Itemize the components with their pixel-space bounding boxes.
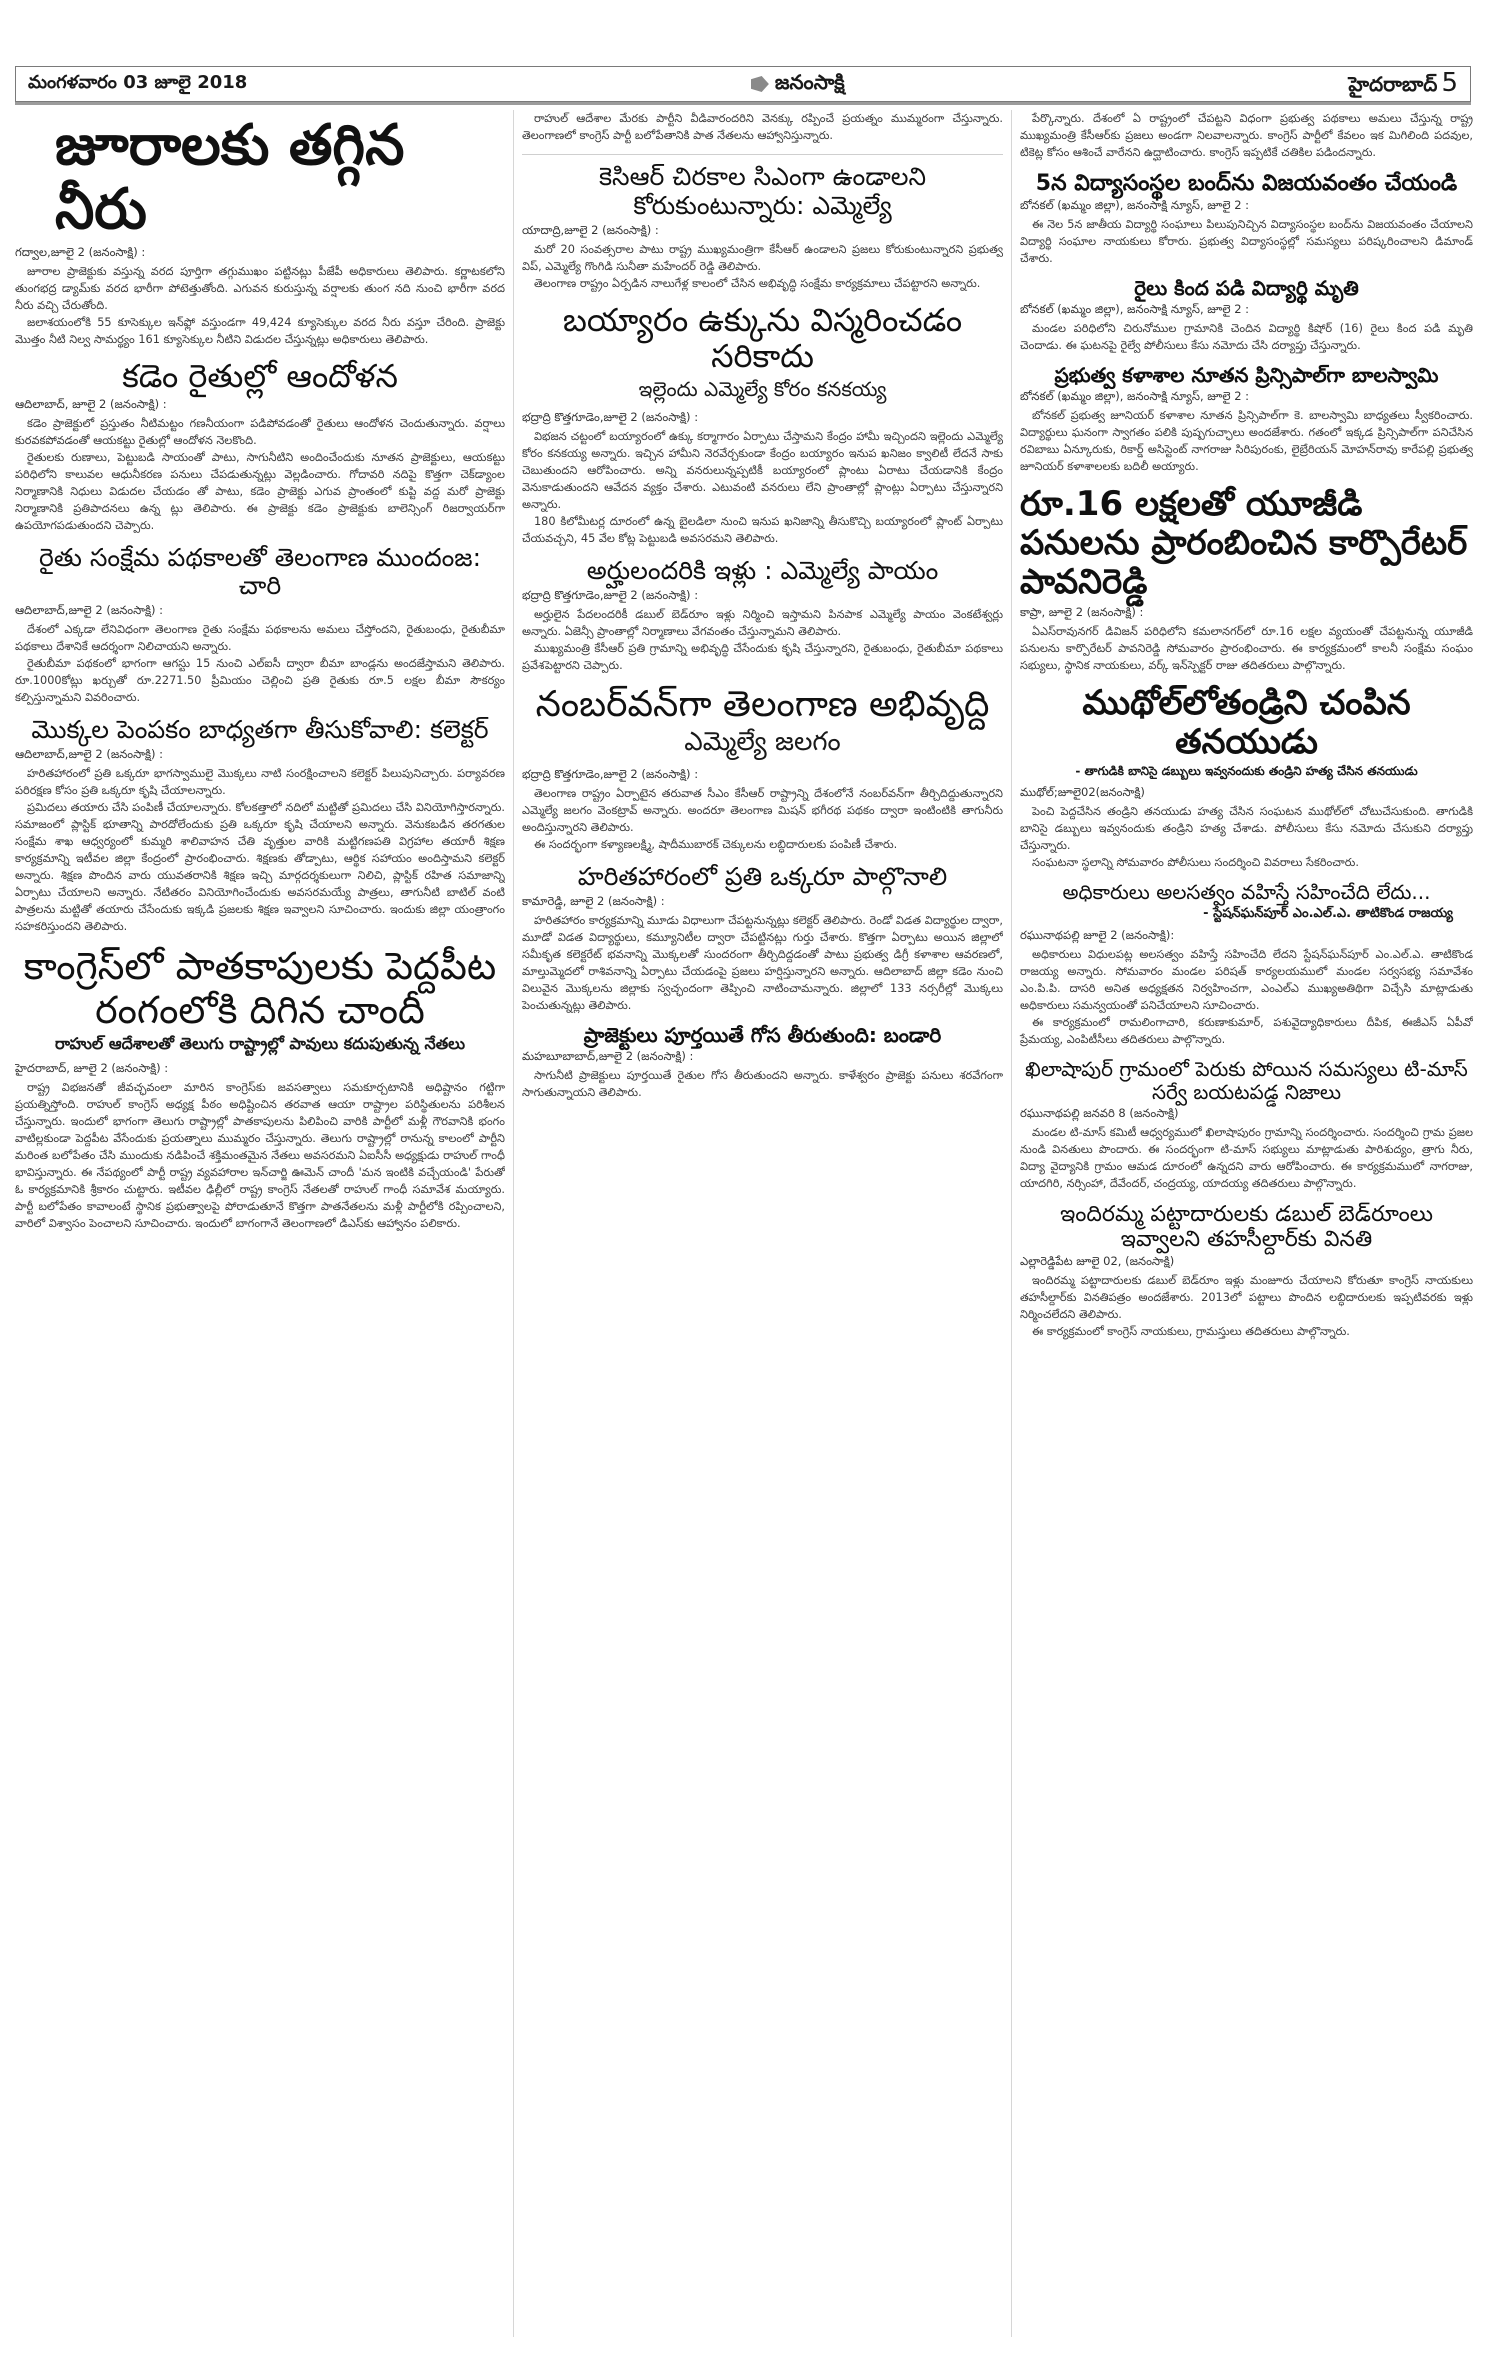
article-body: విభజన చట్టంలో బయ్యారంలో ఉక్కు కర్మాగారం … bbox=[522, 428, 1003, 513]
masthead: మంగళవారం 03 జూలై 2018 జనంసాక్షి హైదరాబాద… bbox=[15, 66, 1471, 102]
headline: రూ.16 లక్షలతో యూజీడి పనులను ప్రారంబించిన… bbox=[1020, 485, 1473, 602]
dateline: బోనకల్ (ఖమ్మం జిల్లా), జనంసాక్షి న్యూస్,… bbox=[1020, 198, 1473, 215]
article-congress: కాంగ్రెస్‌లో పాతకాపులకు పెద్దపీట రంగంలోక… bbox=[15, 945, 505, 1232]
headline: రైతు సంక్షేమ పథకాలతో తెలంగాణ ముందంజ: చార… bbox=[15, 544, 505, 602]
headline: నంబర్‌వన్‌గా తెలంగాణ అభివృద్ది bbox=[522, 684, 1003, 725]
article-body: ఈ నెల 5న జాతీయ విద్యార్థి సంఘాలు పిలుపున… bbox=[1020, 216, 1473, 267]
subheadline: రాహుల్ ఆదేశాలతో తెలుగు రాష్ట్రాల్లో పావు… bbox=[15, 1034, 505, 1057]
article-ugd-works: రూ.16 లక్షలతో యూజీడి పనులను ప్రారంబించిన… bbox=[1020, 485, 1473, 673]
dateline: యాదాద్రి,జూలై 2 (జనంసాక్షి) : bbox=[522, 223, 1003, 240]
headline: కెసిఆర్ చిరకాల సిఎంగా ఉండాలని కోరుకుంటున… bbox=[522, 163, 1003, 221]
article-officials-warning: అధికారులు అలసత్వం వహిస్తే సహించేది లేదు.… bbox=[1020, 881, 1473, 1048]
headline: అర్హులందరికి ఇళ్లు : ఎమ్మెల్యే పాయం bbox=[522, 557, 1003, 586]
brand: జనంసాక్షి bbox=[751, 70, 845, 99]
article-body: హరితహారం కార్యక్రమాన్ని మూడు విధాలుగా చే… bbox=[522, 912, 1003, 1014]
article-body: తెలంగాణ రాష్ట్రం ఏర్పాటైన తరువాత సీఎం కే… bbox=[522, 785, 1003, 836]
dateline: మహబూబాబాద్,జూలై 2 (జనంసాక్షి) : bbox=[522, 1049, 1003, 1066]
dateline: కాప్రా, జూలై 2 (జనంసాక్షి) : bbox=[1020, 605, 1473, 622]
article-body: హరితహారంలో ప్రతి ఒక్కరూ భాగస్వాములై మొక్… bbox=[15, 765, 505, 799]
article-body: ప్రమిదలు తయారు చేసి పంపిణీ చేయాలన్నారు. … bbox=[15, 799, 505, 935]
edition-name: హైదరాబాద్ bbox=[1348, 72, 1437, 96]
article-indiramma: ఇందిరమ్మ పట్టాదారులకు డబుల్ బెడ్‌రూంలు ఇ… bbox=[1020, 1202, 1473, 1341]
article-railway-death: రైలు కింద పడి విద్యార్థి మృతి బోనకల్ (ఖమ… bbox=[1020, 277, 1473, 354]
article-numberone: నంబర్‌వన్‌గా తెలంగాణ అభివృద్ది ఎమ్మెల్యే… bbox=[522, 684, 1003, 853]
article-body: పేర్కొన్నారు. దేశంలో ఏ రాష్ట్రంలో చేపట్ట… bbox=[1020, 110, 1473, 161]
article-body: ఇందిరమ్మ పట్టాదారులకు డబుల్ బెడ్‌రూం ఇళ్… bbox=[1020, 1272, 1473, 1323]
telangana-map-icon bbox=[751, 76, 769, 92]
article-body: ఈ కార్యక్రమంలో రామలింగాచారి, కరుణాకుమార్… bbox=[1020, 1014, 1473, 1048]
headline: ప్రభుత్వ కళాశాల నూతన ప్రిన్సిపాల్‌గా బాల… bbox=[1020, 364, 1473, 387]
article-body: మరో 20 సంవత్సరాల పాటు రాష్ట్ర ముఖ్యమంత్ర… bbox=[522, 241, 1003, 275]
article-body: పెంచి పెద్దచేసిన తండ్రిని తనయుడు హత్య చే… bbox=[1020, 803, 1473, 854]
article-body: జూరాల ప్రాజెక్టుకు వస్తున్న వరద పూర్తిగా… bbox=[15, 263, 505, 314]
dateline: భద్రాద్రి కొత్తగూడెం,జూలై 2 (జనంసాక్షి) … bbox=[522, 588, 1003, 605]
subheadline: - తాగుడికి బానిసై డబ్బులు ఇవ్వనందుకు తండ… bbox=[1020, 764, 1473, 781]
article-body: మండల టి-మాస్ కమిటీ ఆధ్వర్యములో ఖిలాషాపుర… bbox=[1020, 1124, 1473, 1192]
article-mokkala-pempakam: మొక్కల పెంపకం బాధ్యతగా తీసుకోవాలి: కలెక్… bbox=[15, 716, 505, 935]
article-body: ముఖ్యమంత్రి కేసీఆర్ ప్రతి గ్రామాన్ని అభి… bbox=[522, 640, 1003, 674]
dateline: బోనకల్ (ఖమ్మం జిల్లా), జనంసాక్షి న్యూస్,… bbox=[1020, 389, 1473, 406]
headline: కడెం రైతుల్లో ఆందోళన bbox=[15, 358, 505, 395]
article-jurala: జూరాలకు తగ్గిన నీరు గద్వాల,జూలై 2 (జనంసా… bbox=[15, 114, 505, 348]
headline: ప్రాజెక్టులు పూర్తయితే గోస తీరుతుంది: బం… bbox=[522, 1024, 1003, 1047]
article-mudhol: ముథోల్‌లోతండ్రిని చంపిన తనయుడు - తాగుడిక… bbox=[1020, 684, 1473, 871]
column-1: జూరాలకు తగ్గిన నీరు గద్వాల,జూలై 2 (జనంసా… bbox=[15, 110, 505, 2337]
article-body: సాగునీటి ప్రాజెక్టులు పూర్తయితే రైతుల గో… bbox=[522, 1067, 1003, 1101]
headline: ముథోల్‌లోతండ్రిని చంపిన తనయుడు bbox=[1020, 684, 1473, 762]
article-body: రాష్ట్ర విభజనతో జీవచ్ఛవంలా మారిన కాంగ్రె… bbox=[15, 1079, 505, 1232]
subheadline: ఎమ్మెల్యే జలగం bbox=[522, 727, 1003, 763]
article-body: ఏఎస్‌రావునగర్ డివిజన్ పరిధిలోని కమలానగర్… bbox=[1020, 623, 1473, 674]
headline: అధికారులు అలసత్వం వహిస్తే సహించేది లేదు.… bbox=[1020, 881, 1473, 904]
dateline: రఘునాథపల్లి జనవరి 8 (జనంసాక్షి) bbox=[1020, 1106, 1473, 1123]
article-body: తెలంగాణ రాష్ట్రం ఏర్పడిన నాలుగేళ్ల కాలంల… bbox=[522, 275, 1003, 292]
article-body: 180 కిలోమీటర్ల దూరంలో ఉన్న బైలడిలా నుంచి… bbox=[522, 513, 1003, 547]
dateline: రఘునాథపల్లి జూలై 2 (జనంసాక్షి): bbox=[1020, 928, 1473, 945]
brand-name: జనంసాక్షి bbox=[775, 70, 845, 99]
column-3: పేర్కొన్నారు. దేశంలో ఏ రాష్ట్రంలో చేపట్ట… bbox=[1011, 110, 1473, 2337]
article-body: అర్హులైన పేదలందరికీ డబుల్ బెడ్‌రూం ఇళ్లు… bbox=[522, 606, 1003, 640]
dateline: బోనకల్ (ఖమ్మం జిల్లా), జనంసాక్షి న్యూస్,… bbox=[1020, 302, 1473, 319]
edition: హైదరాబాద్5 bbox=[1348, 68, 1458, 101]
dateline: భద్రాద్రి కొత్తగూడెం,జూలై 2 (జనంసాక్షి) … bbox=[522, 767, 1003, 784]
masthead-divider bbox=[15, 102, 1471, 105]
article-body: మండల పరిధిలోని చిరునోముల గ్రామానికి చెంద… bbox=[1020, 320, 1473, 354]
subheadline: - స్టేషన్‌ఘన్‌పూర్ ఎం.ఎల్.ఎ. తాటికొండ రా… bbox=[1020, 906, 1473, 924]
article-body: దేశంలో ఎక్కడా లేనివిధంగా తెలంగాణ రైతు సం… bbox=[15, 621, 505, 655]
headline: బయ్యారం ఉక్కును విస్మరించడం సరికాదు bbox=[522, 302, 1003, 376]
dateline: ఆదిలాబాద్, జూలై 2 (జనంసాక్షి) : bbox=[15, 397, 505, 414]
article-harithaharam: హరితహారంలో ప్రతి ఒక్కరూ పాల్గొనాలి కామార… bbox=[522, 863, 1003, 1014]
article-body: సంఘటనా స్థలాన్ని సోమవారం పోలీసులు సందర్శ… bbox=[1020, 854, 1473, 871]
article-continued: రాహుల్ ఆదేశాల మేరకు పార్టీని వీడివారందరి… bbox=[522, 110, 1003, 144]
article-body: ఈ సందర్భంగా కళ్యాణలక్ష్మి, షాదీముబారక్ చ… bbox=[522, 836, 1003, 853]
article-arhulandariki: అర్హులందరికి ఇళ్లు : ఎమ్మెల్యే పాయం భద్ర… bbox=[522, 557, 1003, 674]
headline: హరితహారంలో ప్రతి ఒక్కరూ పాల్గొనాలి bbox=[522, 863, 1003, 892]
article-kadem: కడెం రైతుల్లో ఆందోళన ఆదిలాబాద్, జూలై 2 (… bbox=[15, 358, 505, 534]
headline: ఖిలాషాపుర్ గ్రామంలో పెరుకు పోయిన సమస్యలు… bbox=[1020, 1058, 1473, 1104]
headline: ఇందిరమ్మ పట్టాదారులకు డబుల్ బెడ్‌రూంలు ఇ… bbox=[1020, 1202, 1473, 1253]
article-principal: ప్రభుత్వ కళాశాల నూతన ప్రిన్సిపాల్‌గా బాల… bbox=[1020, 364, 1473, 475]
subheadline: ఇల్లెందు ఎమ్మెల్యే కోరం కనకయ్య bbox=[522, 377, 1003, 406]
issue-date: మంగళవారం 03 జూలై 2018 bbox=[28, 72, 247, 97]
headline: కాంగ్రెస్‌లో పాతకాపులకు పెద్దపీట రంగంలోక… bbox=[15, 945, 505, 1032]
article-projects: ప్రాజెక్టులు పూర్తయితే గోస తీరుతుంది: బం… bbox=[522, 1024, 1003, 1101]
article-body: బోనకల్ ప్రభుత్వ జూనియర్ కళాశాల నూతన ప్రి… bbox=[1020, 407, 1473, 475]
dateline: గద్వాల,జూలై 2 (జనంసాక్షి) : bbox=[15, 245, 505, 262]
article-rythu-sankshema: రైతు సంక్షేమ పథకాలతో తెలంగాణ ముందంజ: చార… bbox=[15, 544, 505, 707]
article-body: రైతులకు రుణాలు, పెట్టుబడి సాయంతో పాటు, స… bbox=[15, 449, 505, 534]
article-body: ఈ కార్యక్రమంలో కాంగ్రెస్ నాయకులు, గ్రామస… bbox=[1020, 1323, 1473, 1340]
headline: మొక్కల పెంపకం బాధ్యతగా తీసుకోవాలి: కలెక్… bbox=[15, 716, 505, 745]
dateline: కామారెడ్డి, జూలై 2 (జనంసాక్షి) : bbox=[522, 894, 1003, 911]
headline: 5న విద్యాసంస్థల బంద్‌ను విజయవంతం చేయండి bbox=[1020, 171, 1473, 196]
dateline: ఎల్లారెడ్డిపేట జూలై 02, (జనంసాక్షి) bbox=[1020, 1254, 1473, 1271]
headline: రైలు కింద పడి విద్యార్థి మృతి bbox=[1020, 277, 1473, 300]
article-body: జలాశయంలోకి 55 కూసెక్కుల ఇన్‌ఫ్లో వస్తుండ… bbox=[15, 314, 505, 348]
article-body: అధికారులు విధులపట్ల అలసత్వం వహిస్తే సహిం… bbox=[1020, 946, 1473, 1014]
headline: జూరాలకు తగ్గిన నీరు bbox=[15, 114, 505, 243]
article-kcr-cm: కెసిఆర్ చిరకాల సిఎంగా ఉండాలని కోరుకుంటున… bbox=[522, 163, 1003, 292]
article-bayyaram: బయ్యారం ఉక్కును విస్మరించడం సరికాదు ఇల్ల… bbox=[522, 302, 1003, 548]
divider bbox=[522, 154, 1003, 155]
article-body: రైతుబీమా పథకంలో భాగంగా ఆగస్టు 15 నుంచి ఎ… bbox=[15, 655, 505, 706]
column-2: రాహుల్ ఆదేశాల మేరకు పార్టీని వీడివారందరి… bbox=[513, 110, 1003, 2337]
article-continued: పేర్కొన్నారు. దేశంలో ఏ రాష్ట్రంలో చేపట్ట… bbox=[1020, 110, 1473, 161]
article-body: కడెం ప్రాజెక్టులో ప్రస్తుతం నీటిమట్టం గణ… bbox=[15, 415, 505, 449]
page-number: 5 bbox=[1441, 68, 1458, 98]
article-bandh: 5న విద్యాసంస్థల బంద్‌ను విజయవంతం చేయండి … bbox=[1020, 171, 1473, 267]
article-khilashapur: ఖిలాషాపుర్ గ్రామంలో పెరుకు పోయిన సమస్యలు… bbox=[1020, 1058, 1473, 1192]
article-body: రాహుల్ ఆదేశాల మేరకు పార్టీని వీడివారందరి… bbox=[522, 110, 1003, 144]
dateline: ఆదిలాబాద్,జూలై 2 (జనంసాక్షి) : bbox=[15, 747, 505, 764]
dateline: ఆదిలాబాద్,జూలై 2 (జనంసాక్షి) : bbox=[15, 603, 505, 620]
dateline: హైదరాబాద్, జూలై 2 (జనంసాక్షి) : bbox=[15, 1061, 505, 1078]
dateline: భద్రాద్రి కొత్తగూడెం,జూలై 2 (జనంసాక్షి) … bbox=[522, 410, 1003, 427]
dateline: ముథోల్;జూలై02(జనంసాక్షి) bbox=[1020, 785, 1473, 802]
newspaper-page: మంగళవారం 03 జూలై 2018 జనంసాక్షి హైదరాబాద… bbox=[15, 0, 1485, 2357]
